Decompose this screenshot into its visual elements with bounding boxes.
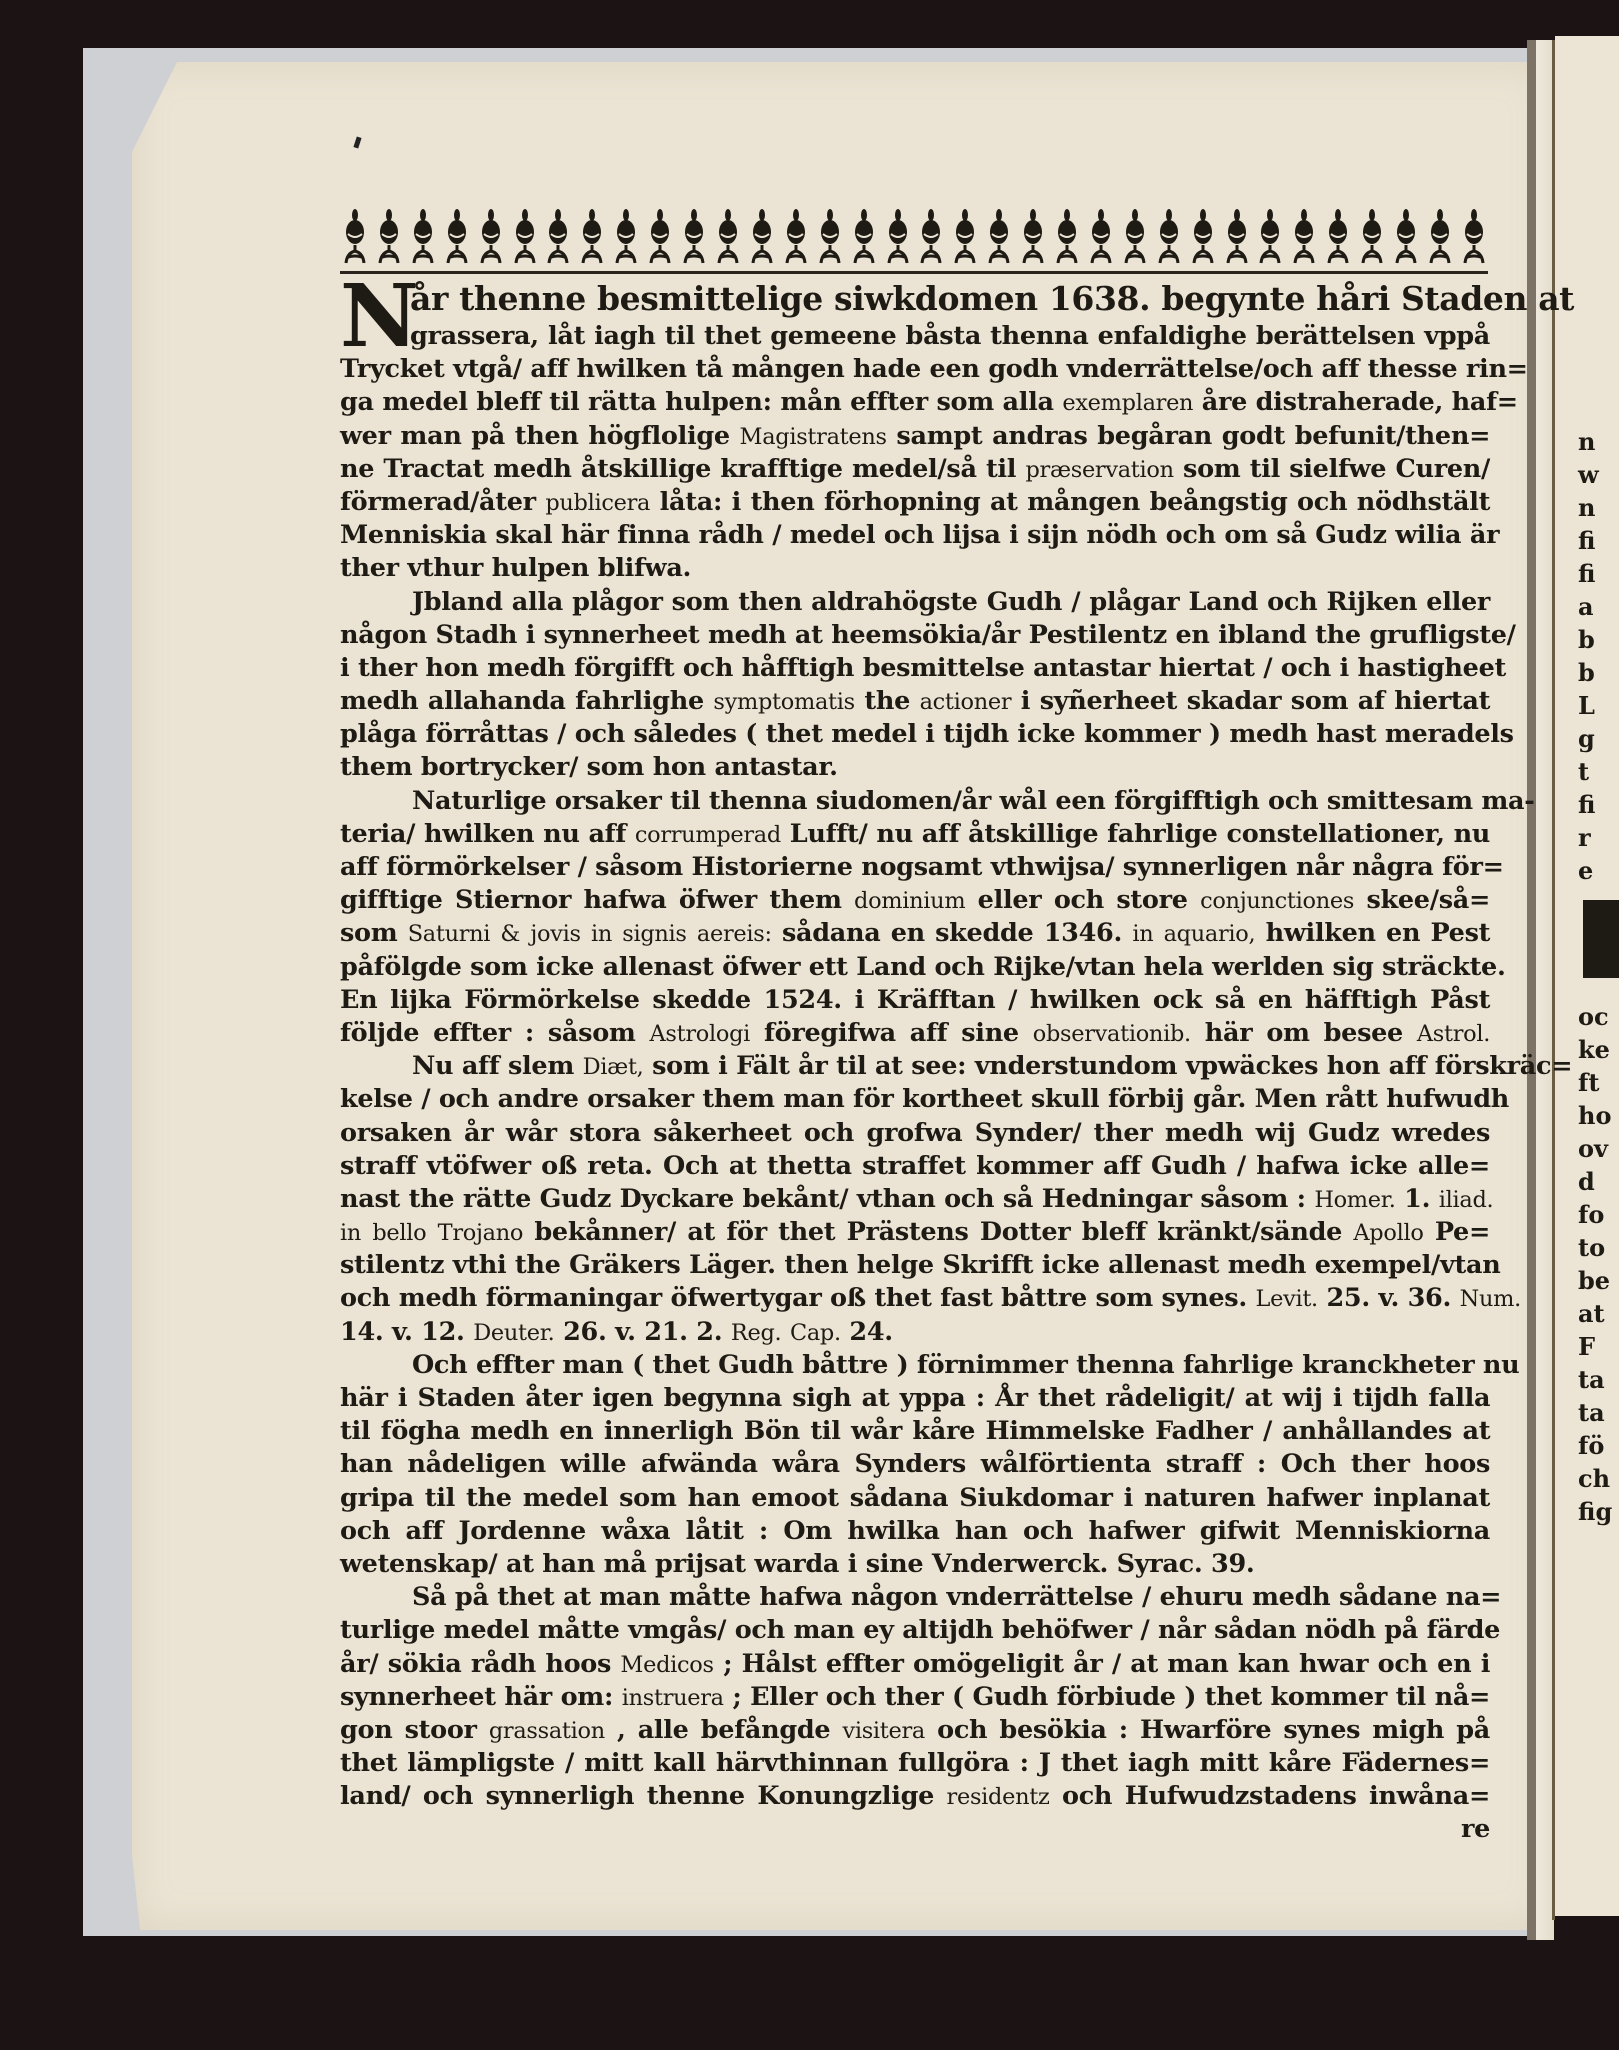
ornament-icon [1393, 207, 1419, 265]
text-line: Jbland alla plågor som then aldrahögste … [340, 586, 1490, 619]
text-line: som Saturni & jovis in signis aereis: så… [340, 917, 1490, 950]
ornament-icon [1122, 207, 1148, 265]
ornament-icon [715, 207, 741, 265]
text-line: teria/ hwilken nu aff corrumperad Lufft/… [340, 818, 1490, 851]
ornament-icon [1461, 207, 1487, 265]
ornament-icon [376, 207, 402, 265]
text-line: them bortrycker/ som hon antastar. [340, 751, 1490, 784]
text-line: orsaken år wår stora såkerheet och grofw… [340, 1117, 1490, 1150]
text-line: straff vtöfwer oß reta. Och at thetta st… [340, 1150, 1490, 1183]
text-line: gripa til the medel som han emoot sådana… [340, 1482, 1490, 1515]
text-line: plåga förråttas / och således ( thet med… [340, 718, 1490, 751]
adjacent-page-text-top: nwnfifiabbLgtfire [1578, 425, 1599, 887]
ornament-icon [851, 207, 877, 265]
text-line: ne Tractat medh åtskillige krafftige med… [340, 453, 1490, 486]
text-line: in bello Trojano bekånner/ at för thet P… [340, 1216, 1490, 1249]
ornament-icon [1156, 207, 1182, 265]
gutter-line [1552, 40, 1555, 1920]
ornament-icon [1291, 207, 1317, 265]
text-line: til fögha medh en innerligh Bön til wår … [340, 1415, 1490, 1448]
text-line: 14. v. 12. Deuter. 26. v. 21. 2. Reg. Ca… [340, 1316, 1490, 1349]
text-line: wer man på then högflolige Magistratens … [340, 420, 1490, 453]
text-line: gifftige Stiernor hafwa öfwer them domin… [340, 884, 1490, 917]
ornament-icon [885, 207, 911, 265]
ornament-icon [1257, 207, 1283, 265]
adjacent-page-text-bottom: ockefthoovdfotobeatFtataföchfig [1578, 1000, 1612, 1528]
ornament-icon [512, 207, 538, 265]
ornament-icon [1054, 207, 1080, 265]
text-line: ga medel bleff til rätta hulpen: mån eff… [340, 386, 1490, 419]
ornament-icon [1359, 207, 1385, 265]
ornament-icon [986, 207, 1012, 265]
text-line: ther vthur hulpen blifwa. [340, 552, 1490, 585]
ornament-icon [1088, 207, 1114, 265]
text-line: Menniskia skal här finna rådh / medel oc… [340, 519, 1490, 552]
text-line: En lijka Förmörkelse skedde 1524. i Kräf… [340, 984, 1490, 1017]
body-text: N år thenne besmittelige siwkdomen 1638.… [340, 278, 1490, 1847]
text-line: kelse / och andre orsaker them man för k… [340, 1083, 1490, 1116]
ornament-icon [1427, 207, 1453, 265]
ornament-icon [579, 207, 605, 265]
text-line: år/ sökia rådh hoos Medicos ; Hålst efft… [340, 1648, 1490, 1681]
text-line: och medh förmaningar öfwertygar oß thet … [340, 1282, 1490, 1315]
ornament-icon [952, 207, 978, 265]
text-line: Och effter man ( thet Gudh båttre ) förn… [340, 1349, 1490, 1382]
text-line: turlige medel måtte vmgås/ och man ey al… [340, 1614, 1490, 1647]
ornament-icon [613, 207, 639, 265]
text-line: Så på thet at man måtte hafwa någon vnde… [340, 1581, 1490, 1614]
text-line: följde effter : såsom Astrologi föregifw… [340, 1017, 1490, 1050]
ornament-icon [545, 207, 571, 265]
ornament-icon [1224, 207, 1250, 265]
text-line: påfölgde som icke allenast öfwer ett Lan… [340, 951, 1490, 984]
ornament-icon [1020, 207, 1046, 265]
text-line: Trycket vtgå/ aff hwilken tå mången hade… [340, 353, 1490, 386]
text-line: wetenskap/ at han må prijsat warda i sin… [340, 1548, 1490, 1581]
text-line: någon Stadh i synnerheet medh at heemsök… [340, 619, 1490, 652]
text-line: år thenne besmittelige siwkdomen 1638. b… [340, 278, 1490, 320]
ornament-icon [1325, 207, 1351, 265]
text-line: land/ och synnerligh thenne Konungzlige … [340, 1780, 1490, 1813]
text-line: medh allahanda fahrlighe symptomatis the… [340, 685, 1490, 718]
ornament-icon [918, 207, 944, 265]
ornament-icon [783, 207, 809, 265]
text-line: synnerheet här om: instruera ; Eller och… [340, 1681, 1490, 1714]
ornament-icon [681, 207, 707, 265]
text-line: nast the rätte Gudz Dyckare bekånt/ vtha… [340, 1183, 1490, 1216]
text-line: re [340, 1813, 1490, 1846]
ornament-icon [342, 207, 368, 265]
ornament-band [342, 205, 1487, 265]
gutter-shadow [1527, 40, 1536, 1940]
text-line: aff förmörkelser / såsom Historierne nog… [340, 851, 1490, 884]
ornament-icon [410, 207, 436, 265]
ornament-icon [444, 207, 470, 265]
text-line: grassera, låt iagh til thet gemeene båst… [340, 320, 1490, 353]
text-line: Naturlige orsaker til thenna siudomen/år… [340, 785, 1490, 818]
text-line: här i Staden åter igen begynna sigh at y… [340, 1382, 1490, 1415]
ornament-icon [1190, 207, 1216, 265]
text-line: Nu aff slem Diæt, som i Fält år til at s… [340, 1050, 1490, 1083]
ornament-icon [478, 207, 504, 265]
text-line: gon stoor grassation , alle befångde vis… [340, 1714, 1490, 1747]
ornament-icon [817, 207, 843, 265]
text-line: i ther hon medh förgifft och håfftigh be… [340, 652, 1490, 685]
text-line: och aff Jordenne wåxa låtit : Om hwilka … [340, 1515, 1490, 1548]
text-line: förmerad/åter publicera låta: i then för… [340, 486, 1490, 519]
ornament-icon [749, 207, 775, 265]
text-line: stilentz vthi the Gräkers Läger. then he… [340, 1249, 1490, 1282]
drop-cap: N [340, 280, 418, 354]
text-line: han nådeligen wille afwända wåra Synders… [340, 1448, 1490, 1481]
text-line: thet lämpligste / mitt kall härvthinnan … [340, 1747, 1490, 1780]
ornament-icon [647, 207, 673, 265]
header-rule [340, 271, 1488, 274]
adjacent-page-initial [1583, 900, 1619, 978]
